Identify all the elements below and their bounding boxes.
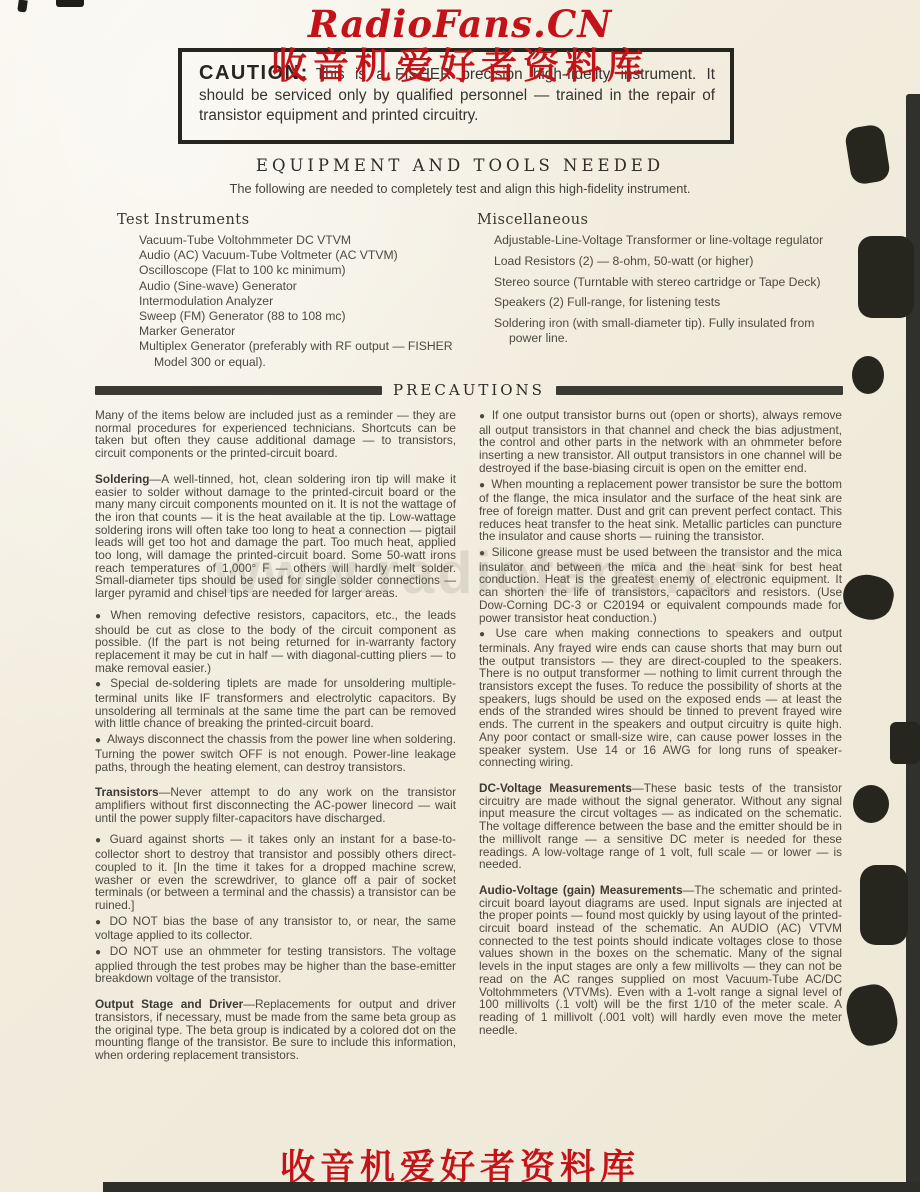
- paragraph: Transistors—Never attempt to do any work…: [95, 786, 456, 824]
- paragraph-lead: Audio-Voltage (gain) Measurements: [479, 883, 683, 897]
- paragraph: ●Guard against shorts — it takes only an…: [95, 833, 456, 911]
- precautions-divider: PRECAUTIONS: [95, 382, 843, 398]
- equipment-list-item: Adjustable-Line-Voltage Transformer or l…: [494, 233, 846, 248]
- bullet-icon: ●: [479, 411, 486, 422]
- equipment-list-item: Audio (Sine-wave) Generator: [139, 279, 471, 294]
- binder-hole: [890, 722, 920, 764]
- equipment-list-item: Multiplex Generator (preferably with RF …: [139, 339, 471, 369]
- paragraph: Many of the items below are included jus…: [95, 409, 456, 460]
- bullet-icon: ●: [95, 611, 105, 622]
- section-title-equipment: EQUIPMENT AND TOOLS NEEDED: [0, 156, 920, 175]
- bullet-icon: ●: [479, 629, 490, 640]
- equipment-list-item: Oscilloscope (Flat to 100 kc minimum): [139, 263, 471, 278]
- registration-tick: [17, 0, 28, 13]
- paragraph: ●DO NOT bias the base of any transistor …: [95, 915, 456, 942]
- bullet-icon: ●: [479, 548, 486, 559]
- binder-hole: [853, 785, 889, 823]
- paragraph: ●Silicone grease must be used between th…: [479, 546, 842, 624]
- caution-box: CAUTION:This is a FISHER precision high-…: [178, 48, 734, 144]
- equipment-list-item: Audio (AC) Vacuum-Tube Voltmeter (AC VTV…: [139, 248, 471, 263]
- paragraph-lead: DC-Voltage Measurements: [479, 781, 632, 795]
- test-instruments-heading: Test Instruments: [117, 212, 250, 228]
- equipment-list-item: Intermodulation Analyzer: [139, 294, 471, 309]
- bullet-icon: ●: [95, 917, 103, 928]
- equipment-list-item: Vacuum-Tube Voltohmmeter DC VTVM: [139, 233, 471, 248]
- scanned-manual-page: RadioFans.CN 收音机爱好者资料库 收音机爱好者资料库 www.rad…: [0, 0, 920, 1192]
- binder-hole: [860, 865, 908, 945]
- equipment-list-item: Soldering iron (with small-diameter tip)…: [494, 316, 846, 346]
- binder-hole: [838, 570, 897, 625]
- equipment-list-item: Speakers (2) Full-range, for listening t…: [494, 295, 846, 310]
- paragraph-lead: Soldering: [95, 472, 149, 486]
- miscellaneous-heading: Miscellaneous: [477, 212, 588, 228]
- binder-hole: [844, 123, 891, 185]
- paragraph: ●DO NOT use an ohmmeter for testing tran…: [95, 945, 456, 985]
- miscellaneous-list: Adjustable-Line-Voltage Transformer or l…: [494, 233, 846, 352]
- paragraph: ●If one output transistor burns out (ope…: [479, 409, 842, 475]
- paragraph: ●Use care when making connections to spe…: [479, 627, 842, 769]
- bullet-icon: ●: [479, 480, 485, 491]
- test-instruments-list: Vacuum-Tube Voltohmmeter DC VTVMAudio (A…: [139, 233, 471, 370]
- bullet-icon: ●: [95, 679, 104, 690]
- equipment-list-item: Load Resistors (2) — 8-ohm, 50-watt (or …: [494, 254, 846, 269]
- section-intro: The following are needed to completely t…: [0, 181, 920, 196]
- registration-tick: [56, 0, 84, 7]
- paragraph: ●Always disconnect the chassis from the …: [95, 733, 456, 773]
- scan-bottom-bar: [103, 1182, 920, 1192]
- binder-hole: [852, 356, 884, 394]
- binder-hole: [858, 236, 914, 318]
- caution-text: CAUTION:This is a FISHER precision high-…: [199, 63, 715, 127]
- precautions-left-column: Many of the items below are included jus…: [95, 409, 456, 1071]
- bullet-icon: ●: [95, 735, 101, 746]
- paragraph: ●When removing defective resistors, capa…: [95, 609, 456, 675]
- caution-label: CAUTION:: [199, 62, 309, 84]
- precautions-right-column: ●If one output transistor burns out (ope…: [479, 409, 842, 1045]
- equipment-list-item: Stereo source (Turntable with stereo car…: [494, 275, 846, 290]
- equipment-list-item: Marker Generator: [139, 324, 471, 339]
- equipment-list-item: Sweep (FM) Generator (88 to 108 mc): [139, 309, 471, 324]
- binder-hole: [842, 981, 901, 1050]
- paragraph: ●Special de-soldering tiplets are made f…: [95, 677, 456, 730]
- watermark-site-name: RadioFans.CN: [0, 2, 920, 46]
- divider-bar-left: [95, 386, 382, 395]
- paragraph: Output Stage and Driver—Replacements for…: [95, 998, 456, 1062]
- paragraph: Soldering—A well-tinned, hot, clean sold…: [95, 473, 456, 600]
- precautions-title: PRECAUTIONS: [393, 381, 545, 399]
- paragraph: DC-Voltage Measurements—These basic test…: [479, 782, 842, 871]
- paragraph: ●When mounting a replacement power trans…: [479, 478, 842, 544]
- paragraph: Audio-Voltage (gain) Measurements—The sc…: [479, 884, 842, 1036]
- bullet-icon: ●: [95, 835, 104, 846]
- paragraph-lead: Output Stage and Driver: [95, 997, 243, 1011]
- bullet-icon: ●: [95, 947, 104, 958]
- paragraph-lead: Transistors: [95, 785, 159, 799]
- divider-bar-right: [556, 386, 843, 395]
